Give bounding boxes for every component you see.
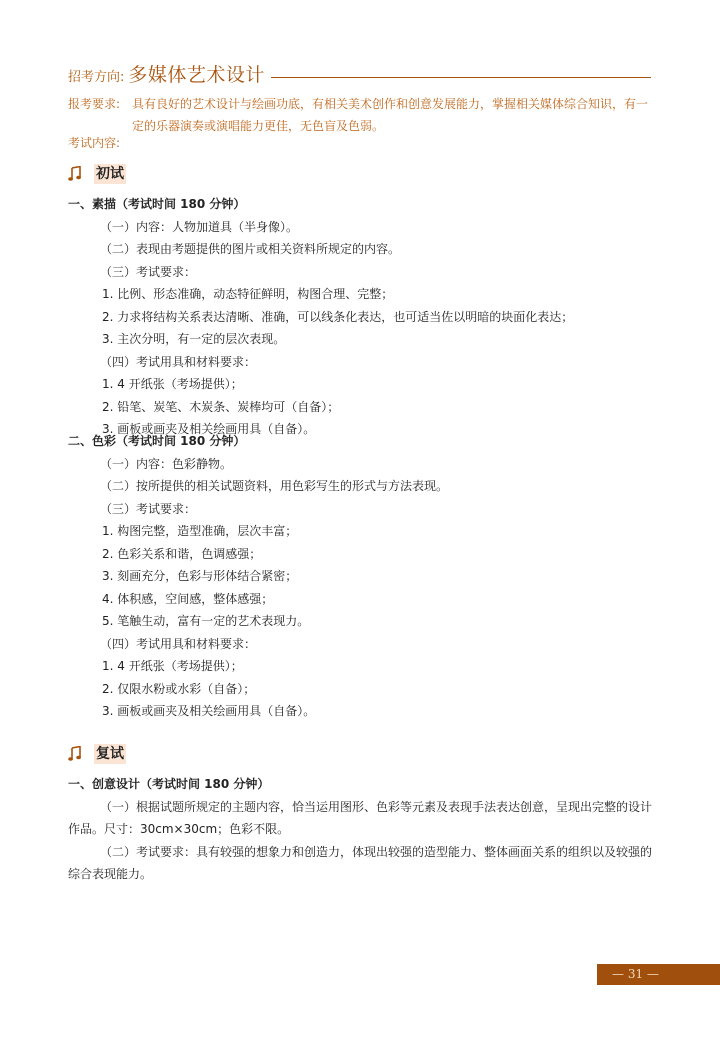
- page-number: — 31 —: [597, 967, 659, 981]
- major-title-row: 招考方向: 多媒体艺术设计: [68, 60, 651, 88]
- list-item: 2. 仅限水粉或水彩（自备）；: [68, 678, 658, 701]
- list-item: （三）考试要求：: [68, 261, 658, 284]
- list-item: 1. 4 开纸张（考场提供）；: [68, 655, 658, 678]
- application-requirements: 报考要求:具有良好的艺术设计与绘画功底，有相关美术创作和创意发展能力，掌握相关媒…: [68, 93, 658, 137]
- list-item: （二）表现由考题提供的图片或相关资料所规定的内容。: [68, 238, 658, 261]
- section-title: 初试: [94, 164, 126, 184]
- list-item: 1. 比例、形态准确，动态特征鲜明，构图合理、完整；: [68, 283, 658, 306]
- music-note-icon: [68, 746, 82, 762]
- creative-heading: 一、创意设计（考试时间 180 分钟）: [68, 773, 658, 796]
- list-item: 2. 铅笔、炭笔、木炭条、炭棒均可（自备）；: [68, 396, 658, 419]
- major-title: 多媒体艺术设计: [128, 62, 265, 88]
- sketch-exam-block: 一、素描（考试时间 180 分钟） （一）内容：人物加道具（半身像）。 （二）表…: [68, 193, 658, 441]
- list-item: （四）考试用具和材料要求：: [68, 633, 658, 656]
- exam-content-label: 考试内容:: [68, 133, 120, 153]
- list-item: （二）按所提供的相关试题资料，用色彩写生的形式与方法表现。: [68, 475, 658, 498]
- list-item: （一）内容：色彩静物。: [68, 453, 658, 476]
- color-exam-block: 二、色彩（考试时间 180 分钟） （一）内容：色彩静物。 （二）按所提供的相关…: [68, 430, 658, 723]
- title-divider: [271, 77, 651, 78]
- list-item: 3. 主次分明，有一定的层次表现。: [68, 328, 658, 351]
- color-heading: 二、色彩（考试时间 180 分钟）: [68, 430, 658, 453]
- list-item: 3. 刻画充分，色彩与形体结合紧密；: [68, 565, 658, 588]
- section-title: 复试: [94, 744, 126, 764]
- music-note-icon: [68, 166, 82, 182]
- list-item: （四）考试用具和材料要求：: [68, 351, 658, 374]
- list-item: 2. 力求将结构关系表达清晰、准确，可以线条化表达，也可适当佐以明暗的块面化表达…: [68, 306, 658, 329]
- document-page: 招考方向: 多媒体艺术设计 报考要求:具有良好的艺术设计与绘画功底，有相关美术创…: [0, 0, 720, 1040]
- page-number-bar: — 31 —: [597, 964, 720, 985]
- section-preliminary-heading: 初试: [68, 163, 126, 185]
- requirements-text: 具有良好的艺术设计与绘画功底，有相关美术创作和创意发展能力，掌握相关媒体综合知识…: [132, 93, 652, 137]
- list-item: 5. 笔触生动，富有一定的艺术表现力。: [68, 610, 658, 633]
- direction-label: 招考方向:: [68, 68, 124, 88]
- list-item: 2. 色彩关系和谐，色调感强；: [68, 543, 658, 566]
- list-item: （一）内容：人物加道具（半身像）。: [68, 216, 658, 239]
- section-retest-heading: 复试: [68, 743, 126, 765]
- requirements-label: 报考要求:: [68, 93, 132, 115]
- list-item: 3. 画板或画夹及相关绘画用具（自备）。: [68, 700, 658, 723]
- list-item: 1. 4 开纸张（考场提供）；: [68, 373, 658, 396]
- list-item: （三）考试要求：: [68, 498, 658, 521]
- paragraph: （一）根据试题所规定的主题内容，恰当运用图形、色彩等元素及表现手法表达创意，呈现…: [68, 796, 658, 841]
- list-item: 4. 体积感，空间感，整体感强；: [68, 588, 658, 611]
- list-item: 1. 构图完整，造型准确，层次丰富；: [68, 520, 658, 543]
- creative-design-block: 一、创意设计（考试时间 180 分钟） （一）根据试题所规定的主题内容，恰当运用…: [68, 773, 658, 886]
- paragraph: （二）考试要求：具有较强的想象力和创造力，体现出较强的造型能力、整体画面关系的组…: [68, 841, 658, 886]
- sketch-heading: 一、素描（考试时间 180 分钟）: [68, 193, 658, 216]
